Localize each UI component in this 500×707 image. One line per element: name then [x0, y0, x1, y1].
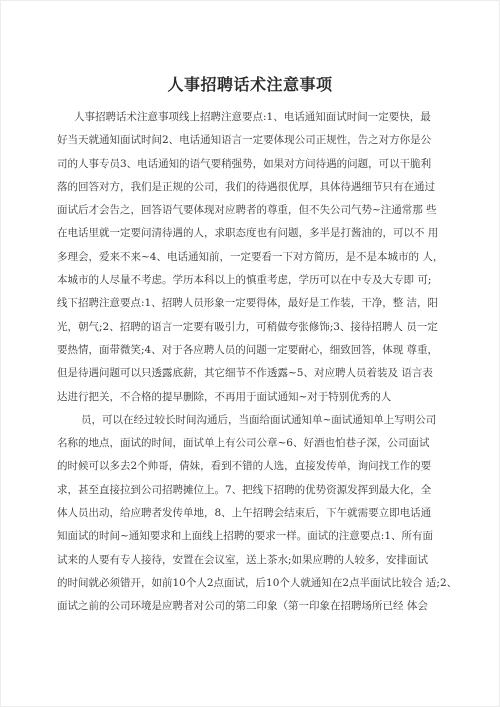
document-title: 人事招聘话术注意事项	[1, 72, 499, 95]
text-line: 线下招聘注意要点:1、招聘人员形象一定要得体，最好是工作装，干净，整 洁，阳	[57, 292, 449, 315]
text-line: 落的回答对方，我们是正规的公司，我们的待遇很优厚，具体待遇细节只有在通过	[57, 176, 449, 199]
text-line: 的时候可以多去2个帅哥，倩妹，看到不错的人选，直接发传单，询问找工作的要	[57, 455, 449, 478]
text-line: 知面试的时间~通知要求和上面线上招聘的要求一样。面试的注意要点:1、所有面	[57, 525, 449, 548]
text-line: 本城市的人尽量不考虑。学历本科以上的慎重考虑，学历可以在中专及大专即 可;	[57, 269, 449, 292]
text-line: 试来的人要有专人接待，安置在会议室，送上茶水;如果应聘的人较多，安排面试	[57, 549, 449, 572]
text-line: 人事招聘话术注意事项线上招聘注意要点:1、电话通知面试时间一定要快，最	[57, 106, 449, 129]
text-line: 在电话里就一定要问清待遇的人，求职态度也有问题，多半是打酱油的，可以不 用	[57, 222, 449, 245]
text-line: 好当天就通知面试时间2、电话通知语言一定要体现公司正规性，告之对方你是公	[57, 129, 449, 152]
text-line: 达进行把关，不合格的提早删除，不再用于面试通知~对于特别优秀的人	[57, 386, 449, 409]
text-line: 光，朝气;2、招聘的语言一定要有吸引力，可稍做夸张修饰;3、接待招聘人 员一定	[57, 316, 449, 339]
text-line: 的时间就必须错开，如前10个人2点面试，后10个人就通知在2点半面试比较合 适;…	[57, 572, 449, 595]
text-line: 多理会，爱来不来~4、电话通知前，一定要看一下对方简历，是不是本城市的 人，	[57, 246, 449, 269]
text-line: 求，甚至直接拉到公司招聘摊位上。7、把线下招聘的优势资源发挥到最大化，全	[57, 479, 449, 502]
document-body: 人事招聘话术注意事项线上招聘注意要点:1、电话通知面试时间一定要快，最好当天就通…	[57, 106, 449, 619]
text-line: 名称的地点，面试的时间，面试单上有公司公章~6、好酒也怕巷子深，公司面试	[57, 432, 449, 455]
text-line: 员，可以在经过较长时间沟通后，当面给面试通知单~面试通知单上写明公司	[57, 409, 449, 432]
document-page: 人事招聘话术注意事项 人事招聘话术注意事项线上招聘注意要点:1、电话通知面试时间…	[0, 0, 500, 707]
text-line: 但是待遇问题可以只透露底薪，其它细节不作透露~5、对应聘人员着装及 语言表	[57, 362, 449, 385]
text-line: 体人员出动，给应聘者发传单地，8、上午招聘会结束后，下午就需要立即电话通	[57, 502, 449, 525]
text-line: 面试后才会告之，回答语气要体现对应聘者的尊重，但不失公司气势~注通常那 些	[57, 199, 449, 222]
text-line: 司的人事专员3、电话通知的语气要稍强势，如果对方问待遇的问题，可以干脆利	[57, 153, 449, 176]
text-line: 面试之前的公司环境是应聘者对公司的第二印象（第一印象在招聘场所已经 体会	[57, 595, 449, 618]
text-line: 要热情，面带微笑;4、对于各应聘人员的问题一定要耐心，细致回答，体现 尊重，	[57, 339, 449, 362]
